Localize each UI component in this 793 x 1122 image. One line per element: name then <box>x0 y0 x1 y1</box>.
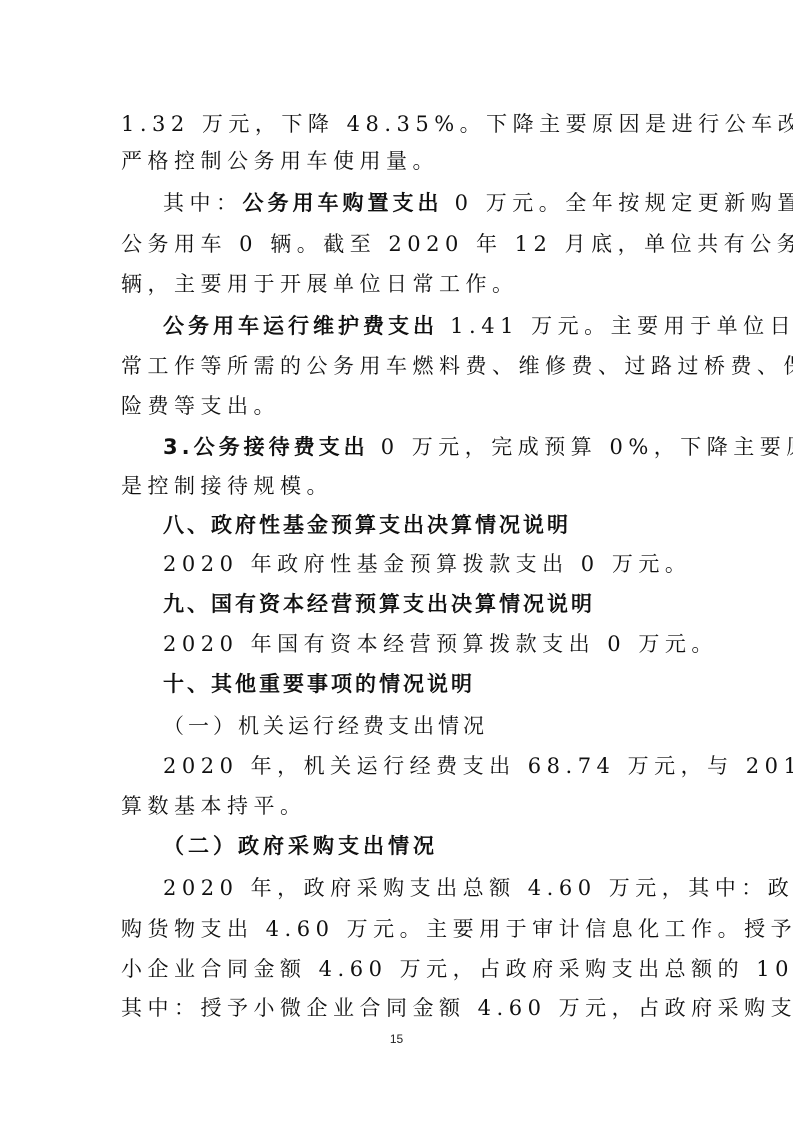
paragraph-line: 2020 年，机关运行经费支出 68.74 万元，与 2019 年决 <box>163 752 672 780</box>
paragraph-text: 1.41 万元。主要用于单位日 <box>438 314 793 338</box>
paragraph-line: 公务用车 0 辆。截至 2020 年 12 月底，单位共有公务用车 1 <box>121 230 672 258</box>
subsection-heading: （二）政府采购支出情况 <box>163 832 672 860</box>
paragraph-line: 2020 年，政府采购支出总额 4.60 万元，其中：政府采 <box>163 874 672 902</box>
paragraph-line: 1.32 万元，下降 48.35%。下降主要原因是进行公车改革后 <box>121 110 672 138</box>
lead-text: 其中： <box>163 191 243 215</box>
paragraph-line: 3.公务接待费支出 0 万元，完成预算 0%，下降主要原因 <box>163 433 672 461</box>
section-heading: 八、政府性基金预算支出决算情况说明 <box>163 511 672 539</box>
subsection-heading: （一）机关运行经费支出情况 <box>163 712 672 740</box>
bold-term: 公务用车运行维护费支出 <box>163 314 438 338</box>
paragraph-line: 小企业合同金额 4.60 万元，占政府采购支出总额的 100%， <box>121 955 672 983</box>
section-heading: 十、其他重要事项的情况说明 <box>163 670 672 698</box>
paragraph-line: 严格控制公务用车使用量。 <box>121 147 672 175</box>
section-heading: 九、国有资本经营预算支出决算情况说明 <box>163 590 672 618</box>
section-body: 2020 年政府性基金预算拨款支出 0 万元。 <box>163 550 672 578</box>
document-page: 1.32 万元，下降 48.35%。下降主要原因是进行公车改革后 严格控制公务用… <box>0 0 793 1122</box>
paragraph-line: 算数基本持平。 <box>121 792 672 820</box>
paragraph-line: 购货物支出 4.60 万元。主要用于审计信息化工作。授予中 <box>121 915 672 943</box>
bold-term: 3.公务接待费支出 <box>163 435 369 459</box>
paragraph-line: 其中：授予小微企业合同金额 4.60 万元，占政府采购支出 <box>121 994 672 1022</box>
paragraph-text: 0 万元。全年按规定更新购置 <box>443 191 793 215</box>
paragraph-line: 是控制接待规模。 <box>121 472 672 500</box>
section-body: 2020 年国有资本经营预算拨款支出 0 万元。 <box>163 630 672 658</box>
paragraph-line: 辆，主要用于开展单位日常工作。 <box>121 270 672 298</box>
bold-term: 公务用车购置支出 <box>243 191 443 215</box>
paragraph-line: 险费等支出。 <box>121 392 672 420</box>
paragraph-text: 0 万元，完成预算 0%，下降主要原因 <box>369 435 793 459</box>
paragraph-line: 常工作等所需的公务用车燃料费、维修费、过路过桥费、保 <box>121 352 672 380</box>
paragraph-line: 其中：公务用车购置支出 0 万元。全年按规定更新购置 <box>163 189 672 217</box>
page-number: 15 <box>0 1032 793 1046</box>
paragraph-line: 公务用车运行维护费支出 1.41 万元。主要用于单位日 <box>163 312 672 340</box>
